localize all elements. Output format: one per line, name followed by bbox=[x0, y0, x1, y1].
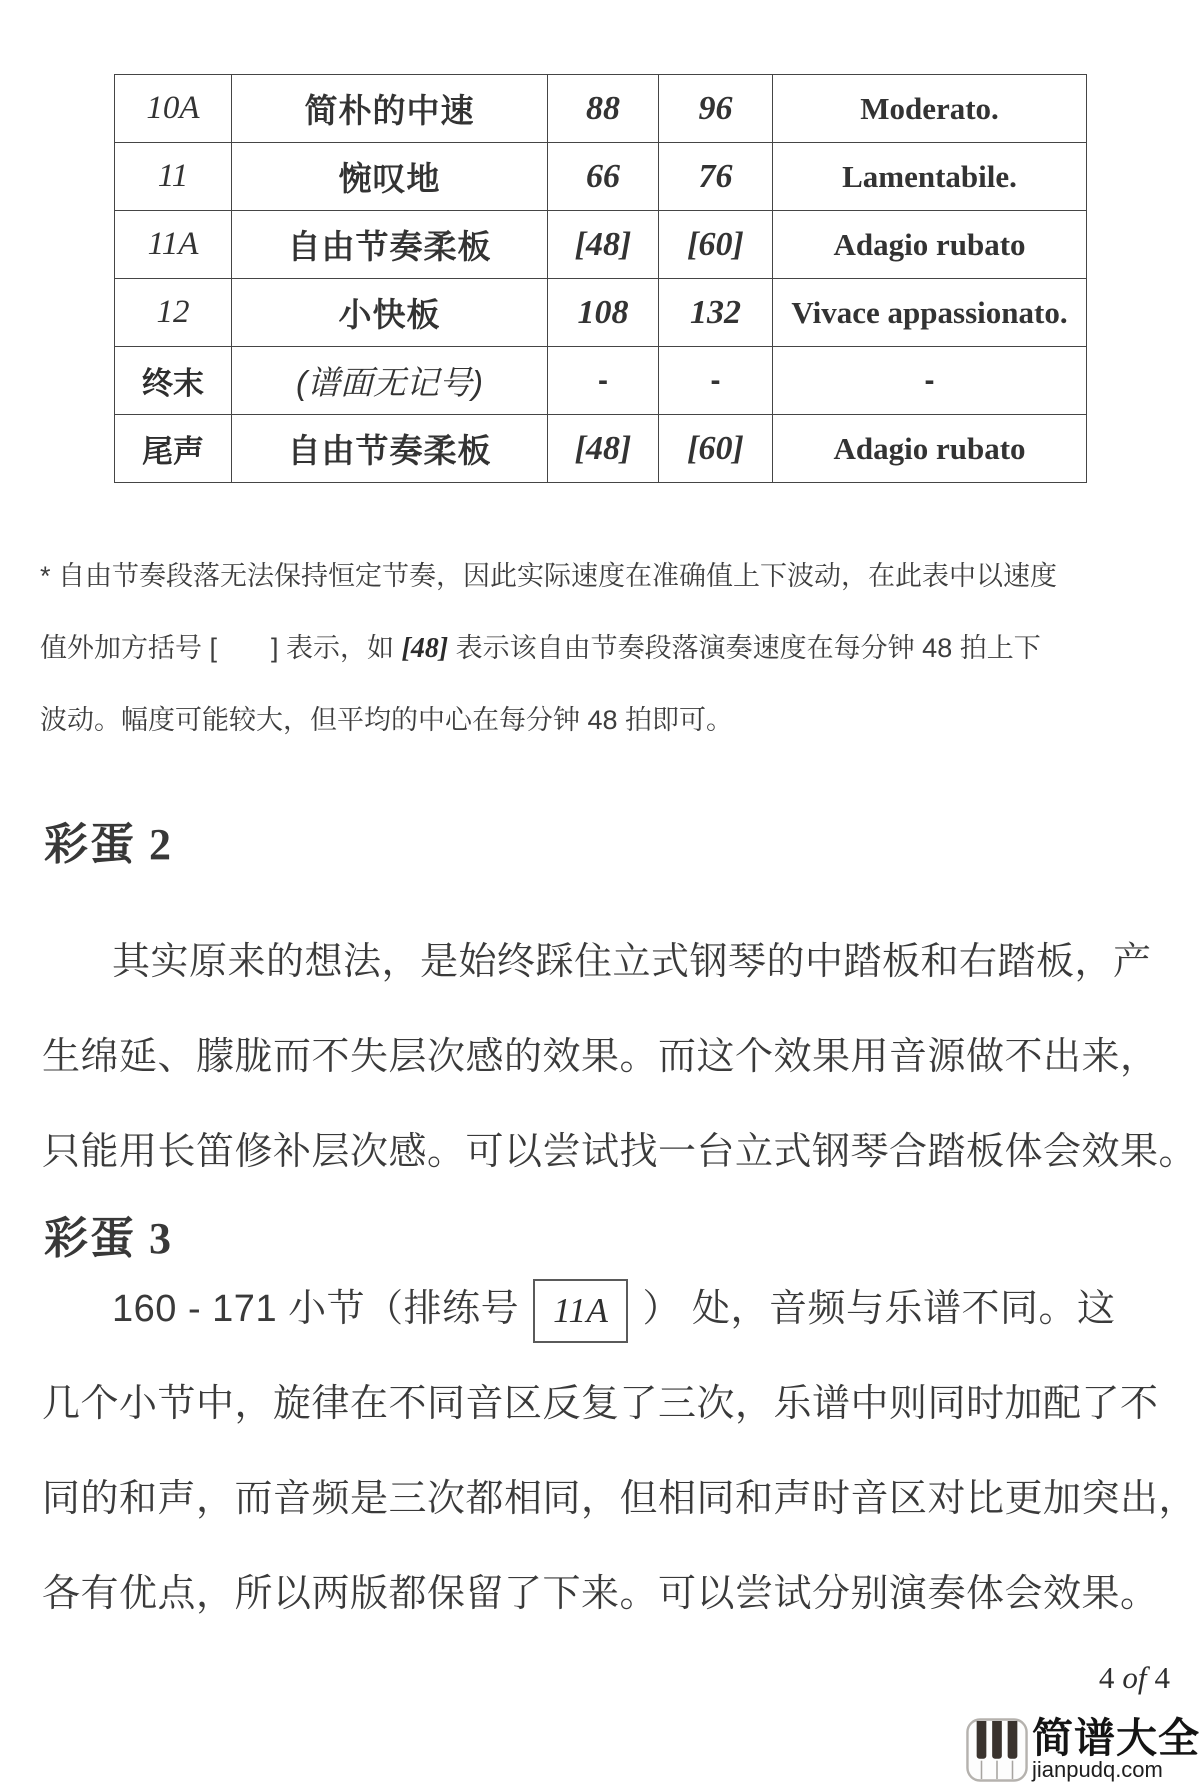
rehearsal-mark-box: 11A bbox=[533, 1279, 628, 1343]
tempo-term: Adagio rubato bbox=[773, 211, 1087, 279]
bpm-low: - bbox=[548, 347, 659, 415]
brand-url: jianpudq.com bbox=[1032, 1758, 1163, 1782]
bpm-high: 132 bbox=[659, 279, 773, 347]
tempo-label: 简朴的中速 bbox=[232, 75, 548, 143]
tempo-term: - bbox=[773, 347, 1087, 415]
rehearsal-number: 12 bbox=[115, 279, 232, 347]
paragraph-line: 同的和声，而音频是三次都相同，但相同和声时音区对比更加突出， bbox=[42, 1452, 1047, 1547]
paragraph-line: 几个小节中，旋律在不同音区反复了三次，乐谱中则同时加配了不 bbox=[42, 1357, 1047, 1452]
bpm-high: 76 bbox=[659, 143, 773, 211]
bpm-low: [48] bbox=[548, 415, 659, 483]
tempo-label: (谱面无记号) bbox=[232, 347, 548, 415]
table-row: 12 小快板 108 132 Vivace appassionato. bbox=[115, 279, 1087, 347]
tempo-term: Vivace appassionato. bbox=[773, 279, 1087, 347]
paragraph-text: ） 处，音频与乐谱不同。这 bbox=[642, 1288, 1115, 1330]
tempo-label: 惋叹地 bbox=[232, 143, 548, 211]
tempo-label: 小快板 bbox=[232, 279, 548, 347]
brand-text: 简谱大全 jianpudq.com bbox=[1032, 1718, 1200, 1782]
footnote-line: 值外加方括号 [ ] 表示，如 [48] 表示该自由节奏段落演奏速度在每分钟 4… bbox=[40, 612, 1050, 684]
paragraph-line: 其实原来的想法，是始终踩住立式钢琴的中踏板和右踏板，产 bbox=[42, 915, 1047, 1010]
page-separator: of bbox=[1114, 1660, 1154, 1695]
tempo-term: Adagio rubato bbox=[773, 415, 1087, 483]
rehearsal-number: 终末 bbox=[115, 347, 232, 415]
watermark-logo: 简谱大全 jianpudq.com bbox=[966, 1718, 1200, 1782]
bpm-high: - bbox=[659, 347, 773, 415]
footnote-line: * 自由节奏段落无法保持恒定节奏，因此实际速度在准确值上下波动，在此表中以速度 bbox=[40, 540, 1050, 612]
footnote-text: 值外加方括号 [ ] 表示，如 bbox=[40, 633, 402, 663]
footnote: * 自由节奏段落无法保持恒定节奏，因此实际速度在准确值上下波动，在此表中以速度 … bbox=[40, 540, 1050, 756]
piano-keys-icon bbox=[966, 1718, 1028, 1782]
table-row: 10A 简朴的中速 88 96 Moderato. bbox=[115, 75, 1087, 143]
paragraph-line: 生绵延、朦胧而不失层次感的效果。而这个效果用音源做不出来， bbox=[42, 1010, 1047, 1105]
footnote-text: * 自由节奏段落无法保持恒定节奏，因此实际速度在准确值上下波动，在此表中以速度 bbox=[40, 561, 1057, 591]
tempo-term: Moderato. bbox=[773, 75, 1087, 143]
bpm-high: 96 bbox=[659, 75, 773, 143]
tempo-table: 10A 简朴的中速 88 96 Moderato. 11 惋叹地 66 76 L… bbox=[114, 74, 1087, 483]
rehearsal-number: 10A bbox=[115, 75, 232, 143]
paragraph-line: 只能用长笛修补层次感。可以尝试找一台立式钢琴合踏板体会效果。 bbox=[42, 1105, 1047, 1200]
bpm-low: 108 bbox=[548, 279, 659, 347]
page-current: 4 bbox=[1099, 1660, 1115, 1695]
footnote-line: 波动。幅度可能较大，但平均的中心在每分钟 48 拍即可。 bbox=[40, 684, 1050, 756]
paragraph-line: 各有优点，所以两版都保留了下来。可以尝试分别演奏体会效果。 bbox=[42, 1547, 1047, 1642]
rehearsal-number: 尾声 bbox=[115, 415, 232, 483]
table-row: 11A 自由节奏柔板 [48] [60] Adagio rubato bbox=[115, 211, 1087, 279]
bpm-high: [60] bbox=[659, 415, 773, 483]
section-heading-easter-egg-2: 彩蛋 2 bbox=[44, 808, 173, 872]
bpm-low: [48] bbox=[548, 211, 659, 279]
footnote-text: 波动。幅度可能较大，但平均的中心在每分钟 48 拍即可。 bbox=[40, 705, 733, 735]
brand-name: 简谱大全 bbox=[1032, 1718, 1200, 1758]
tempo-label: 自由节奏柔板 bbox=[232, 415, 548, 483]
footnote-text: 表示该自由节奏段落演奏速度在每分钟 48 拍上下 bbox=[448, 633, 1041, 663]
rehearsal-number: 11 bbox=[115, 143, 232, 211]
paragraph-line: 160 - 171 小节（排练号11A） 处，音频与乐谱不同。这 bbox=[42, 1262, 1047, 1357]
bpm-low: 66 bbox=[548, 143, 659, 211]
bpm-high: [60] bbox=[659, 211, 773, 279]
easter-egg-3-paragraph: 160 - 171 小节（排练号11A） 处，音频与乐谱不同。这 几个小节中，旋… bbox=[42, 1262, 1047, 1642]
tempo-label: 自由节奏柔板 bbox=[232, 211, 548, 279]
page-number: 4of4 bbox=[1099, 1660, 1170, 1696]
easter-egg-2-paragraph: 其实原来的想法，是始终踩住立式钢琴的中踏板和右踏板，产 生绵延、朦胧而不失层次感… bbox=[42, 915, 1047, 1200]
document-page: 10A 简朴的中速 88 96 Moderato. 11 惋叹地 66 76 L… bbox=[0, 0, 1200, 1784]
table-row: 11 惋叹地 66 76 Lamentabile. bbox=[115, 143, 1087, 211]
page-total: 4 bbox=[1155, 1660, 1171, 1695]
table-row: 尾声 自由节奏柔板 [48] [60] Adagio rubato bbox=[115, 415, 1087, 483]
table-row: 终末 (谱面无记号) - - - bbox=[115, 347, 1087, 415]
tempo-term: Lamentabile. bbox=[773, 143, 1087, 211]
section-heading-easter-egg-3: 彩蛋 3 bbox=[44, 1202, 173, 1266]
bpm-low: 88 bbox=[548, 75, 659, 143]
paragraph-text: 160 - 171 小节（排练号 bbox=[112, 1288, 519, 1330]
bracketed-bpm-example: [48] bbox=[402, 633, 449, 664]
rehearsal-number: 11A bbox=[115, 211, 232, 279]
